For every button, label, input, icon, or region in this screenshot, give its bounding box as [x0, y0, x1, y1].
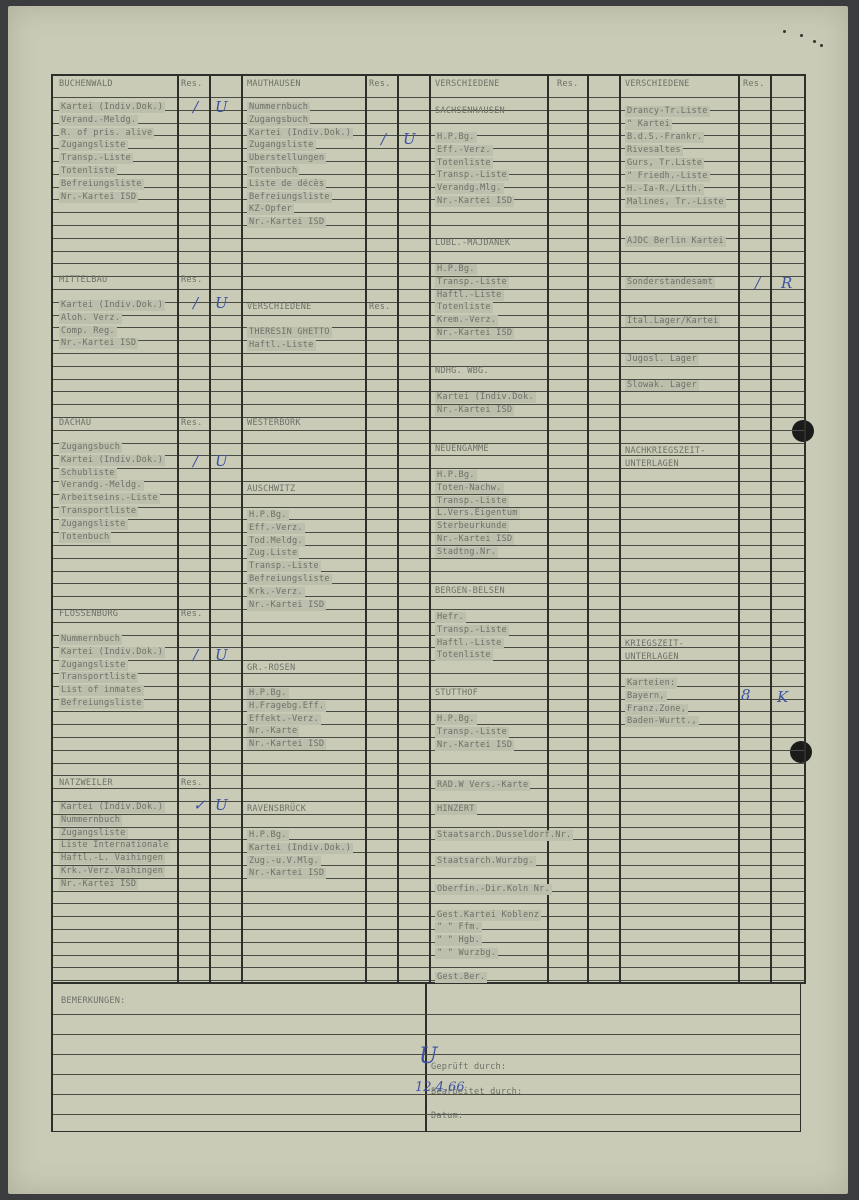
- record-item: Krk.-Verz.Vaihingen: [59, 866, 165, 877]
- record-item: Totenliste: [435, 302, 493, 313]
- speck: [783, 30, 786, 33]
- section-title: MITTELBAU: [59, 275, 107, 285]
- record-item: List of inmates: [59, 685, 144, 696]
- status-mark: R: [781, 274, 792, 292]
- column-line: [547, 76, 549, 982]
- status-mark: U: [215, 452, 228, 470]
- section-title: NATZWEILER: [59, 778, 113, 788]
- section-title: FLOSSENBURG: [59, 609, 118, 619]
- record-item: Nr.-Kartei ISD: [247, 739, 326, 750]
- record-item: Haftl.-Liste: [435, 638, 504, 649]
- status-mark: K: [777, 688, 788, 706]
- record-item: Zugangsliste: [59, 140, 128, 151]
- record-item: Verand.-Meldg.: [59, 115, 138, 126]
- handwritten-date: 12.4.66: [415, 1080, 465, 1095]
- checkmark: /: [193, 98, 198, 116]
- record-item: Zug.-u.V.Mlg.: [247, 856, 321, 867]
- section-title: BERGEN-BELSEN: [435, 586, 505, 596]
- record-item: Nr.-Kartei ISD: [59, 338, 138, 349]
- status-mark: U: [215, 294, 228, 312]
- checkmark: /: [381, 130, 386, 148]
- section-title: WESTERBORK: [247, 418, 301, 428]
- record-item: Totenliste: [435, 650, 493, 661]
- section-title: VERSCHIEDENE: [247, 302, 312, 312]
- column-line: [397, 76, 399, 982]
- record-item: Sterbeurkunde: [435, 521, 509, 532]
- column-line: [587, 76, 589, 982]
- record-item: Nr.-Kartei ISD: [59, 879, 138, 890]
- record-item: Nr.-Kartei ISD: [435, 405, 514, 416]
- record-item: Befreiungsliste: [247, 192, 332, 203]
- record-item: " " Hgb.: [435, 935, 482, 946]
- column-line: [241, 76, 243, 982]
- record-item: H.Fragebg.Eff.: [247, 701, 326, 712]
- record-item: Nr.-Kartei ISD: [435, 740, 514, 751]
- res-header: Res.: [181, 275, 203, 285]
- records-grid: BUCHENWALDRes.Kartei (Indiv.Dok.)Verand.…: [51, 74, 806, 984]
- record-item: Eff.-Verz.: [247, 523, 305, 534]
- speck: [800, 34, 803, 37]
- column-line: [365, 76, 367, 982]
- status-mark: U: [403, 130, 416, 148]
- record-item: Gurs, Tr.Liste: [625, 158, 704, 169]
- record-item: Transp.-Liste: [59, 153, 133, 164]
- record-item: Malines, Tr.-Liste: [625, 197, 726, 208]
- column-line: [209, 76, 211, 982]
- record-item: Kartei (Indiv.Dok.): [59, 300, 165, 311]
- record-item: Transportliste: [59, 506, 138, 517]
- section-title: SACHSENHAUSEN: [435, 106, 505, 116]
- record-item: H.P.Bg.: [247, 510, 289, 521]
- initial-signature: U: [419, 1044, 438, 1069]
- record-item: Nummernbuch: [59, 634, 122, 645]
- column-line: [177, 76, 179, 982]
- record-item: Slowak. Lager: [625, 380, 699, 391]
- record-item: Karteien:: [625, 678, 677, 689]
- status-mark: U: [215, 646, 228, 664]
- record-item: H.P.Bg.: [247, 830, 289, 841]
- record-item: Transp.-Liste: [435, 170, 509, 181]
- record-item: H.P.Bg.: [435, 470, 477, 481]
- record-item: Sonderstandesamt: [625, 277, 715, 288]
- column-line: [429, 76, 431, 982]
- section-title: KRIEGSZEIT-: [625, 639, 684, 649]
- record-item: Staatsarch.Wurzbg.: [435, 856, 536, 867]
- record-item: Transp.-Liste: [435, 625, 509, 636]
- record-item: Verandg.Mlg.: [435, 183, 504, 194]
- record-item: Aloh. Verz.: [59, 313, 122, 324]
- remarks-label: BEMERKUNGEN:: [61, 996, 126, 1006]
- res-header: Res.: [181, 609, 203, 619]
- record-item: Krem.-Verz.: [435, 315, 498, 326]
- speck: [813, 40, 816, 43]
- section-title: RAVENSBRÜCK: [247, 804, 306, 814]
- record-item: Toten-Nachw.: [435, 483, 504, 494]
- record-item: Gest.Kartei Koblenz: [435, 910, 541, 921]
- section-title: NACHKRIEGSZEIT-: [625, 446, 706, 456]
- res-header: Res.: [557, 79, 579, 89]
- record-item: Schubliste: [59, 468, 117, 479]
- column-line: [738, 76, 740, 982]
- record-item: Nr.-Karte: [247, 726, 299, 737]
- record-item: Zugangsbuch: [247, 115, 310, 126]
- checkmark: /: [193, 452, 198, 470]
- record-item: Zugangsliste: [59, 660, 128, 671]
- record-item: Kartei (Indiv.Dok.): [247, 128, 353, 139]
- record-item: Totenliste: [59, 166, 117, 177]
- record-item: THERESIN GHETTO: [247, 327, 332, 338]
- record-item: Gest.Ber.: [435, 972, 487, 983]
- record-item: Totenbuch: [59, 532, 111, 543]
- record-item: Befreiungsliste: [247, 574, 332, 585]
- record-item: Ital.Lager/Kartei: [625, 316, 720, 327]
- record-item: Transp.-Liste: [435, 496, 509, 507]
- record-item: Nr.-Kartei ISD: [59, 192, 138, 203]
- checked-by-label: Geprüft durch:: [431, 1062, 506, 1072]
- record-item: Nr.-Kartei ISD: [247, 868, 326, 879]
- section-title: VERSCHIEDENE: [625, 79, 690, 89]
- record-item: " " Wurzbg.: [435, 948, 498, 959]
- record-item: Zugangsliste: [59, 828, 128, 839]
- record-item: H.P.Bg.: [435, 714, 477, 725]
- record-item: Liste de décès: [247, 179, 326, 190]
- record-item: Arbeitseins.-Liste: [59, 493, 160, 504]
- record-item: Nr.-Kartei ISD: [435, 196, 514, 207]
- record-item: Haftl.-Liste: [247, 340, 316, 351]
- section-title: LUBL.-MAJDANEK: [435, 238, 510, 248]
- record-item: Uberstellungen: [247, 153, 326, 164]
- record-item: Krk.-Verz.: [247, 587, 305, 598]
- record-item: H.P.Bg.: [435, 264, 477, 275]
- record-item: B.d.S.-Frankr.: [625, 132, 704, 143]
- record-item: Nr.-Kartei ISD: [435, 328, 514, 339]
- section-title: NDHG. WBG.: [435, 366, 489, 376]
- record-item: Kartei (Indiv.Dok.): [59, 102, 165, 113]
- record-item: RAD.W Vers.-Karte: [435, 780, 530, 791]
- section-title: GR.-ROSEN: [247, 663, 295, 673]
- section-title: STUTTHOF: [435, 688, 478, 698]
- record-item: Haftl.-L. Vaihingen: [59, 853, 165, 864]
- record-item: Nummernbuch: [247, 102, 310, 113]
- record-item: Liste Internationale: [59, 840, 170, 851]
- checkmark: 8: [741, 686, 751, 704]
- record-item: Zugangsliste: [59, 519, 128, 530]
- record-item: Nr.-Kartei ISD: [247, 217, 326, 228]
- res-header: Res.: [181, 778, 203, 788]
- record-item: Hefr.: [435, 612, 466, 623]
- section-title: UNTERLAGEN: [625, 652, 679, 662]
- section-title: NEUENGAMME: [435, 444, 489, 454]
- record-item: " " Ffm.: [435, 922, 482, 933]
- record-item: Transp.-Liste: [435, 727, 509, 738]
- record-item: Rivesaltes: [625, 145, 683, 156]
- record-item: Eff.-Verz.: [435, 145, 493, 156]
- checkmark: /: [193, 294, 198, 312]
- record-item: Transp.-Liste: [247, 561, 321, 572]
- record-item: Zug.Liste: [247, 548, 299, 559]
- section-title: UNTERLAGEN: [625, 459, 679, 469]
- record-item: Nr.-Kartei ISD: [435, 534, 514, 545]
- status-mark: U: [215, 98, 228, 116]
- record-item: Kartei (Indiv.Dok.): [59, 647, 165, 658]
- record-item: L.Vers.Eigentum: [435, 508, 520, 519]
- record-item: Totenliste: [435, 158, 493, 169]
- record-item: Transp.-Liste: [435, 277, 509, 288]
- speck: [820, 44, 823, 47]
- checkmark: ✓: [193, 796, 206, 814]
- record-item: Kartei (Indiv.Dok.): [247, 843, 353, 854]
- checkmark: /: [755, 274, 760, 292]
- record-item: Befreiungsliste: [59, 698, 144, 709]
- checkmark: /: [193, 646, 198, 664]
- status-mark: U: [215, 796, 228, 814]
- record-item: Befreiungsliste: [59, 179, 144, 190]
- res-header: Res.: [369, 79, 391, 89]
- record-item: H.P.Bg.: [247, 688, 289, 699]
- res-header: Res.: [181, 418, 203, 428]
- footer-section: BEMERKUNGEN: Geprüft durch: Bearbeitet d…: [51, 984, 801, 1132]
- record-item: Bayern,: [625, 691, 667, 702]
- record-item: HINZERT: [435, 804, 477, 815]
- record-item: Totenbuch: [247, 166, 299, 177]
- record-item: Zugangsbuch: [59, 442, 122, 453]
- section-title: DACHAU: [59, 418, 91, 428]
- section-title: MAUTHAUSEN: [247, 79, 301, 89]
- record-item: H.-Ia-R./Lith.: [625, 184, 704, 195]
- record-item: KZ-Opfer: [247, 204, 294, 215]
- record-item: Nr.-Kartei ISD: [247, 600, 326, 611]
- section-title: BUCHENWALD: [59, 79, 113, 89]
- record-item: Tod.Meldg.: [247, 536, 305, 547]
- record-item: " Kartei: [625, 119, 672, 130]
- record-item: Effekt.-Verz.: [247, 714, 321, 725]
- record-item: Oberfin.-Dir.Koln Nr.: [435, 884, 552, 895]
- record-item: Baden-Wurtt.,: [625, 716, 699, 727]
- record-item: " Friedh.-Liste: [625, 171, 710, 182]
- date-label: Datum:: [431, 1111, 463, 1121]
- record-item: Jugosl. Lager: [625, 354, 699, 365]
- record-item: Kartei (Indiv.Dok.): [59, 802, 165, 813]
- record-item: R. of pris. alive: [59, 128, 154, 139]
- record-item: Kartei (Indiv.Dok.: [435, 392, 536, 403]
- record-item: Haftl.-Liste: [435, 290, 504, 301]
- res-header: Res.: [181, 79, 203, 89]
- record-item: Franz.Zone,: [625, 704, 688, 715]
- column-line: [770, 76, 772, 982]
- section-title: VERSCHIEDENE: [435, 79, 500, 89]
- record-item: Comp. Reg.: [59, 326, 117, 337]
- record-item: Verandg.-Meldg.: [59, 480, 144, 491]
- record-item: Transportliste: [59, 672, 138, 683]
- record-item: AJDC Berlin Kartei: [625, 236, 726, 247]
- record-item: Staatsarch.Dusseldorf.Nr.: [435, 830, 573, 841]
- record-item: Nummernbuch: [59, 815, 122, 826]
- record-item: Drancy-Tr.Liste: [625, 106, 710, 117]
- res-header: Res.: [369, 302, 391, 312]
- column-line: [619, 76, 621, 982]
- res-header: Res.: [743, 79, 765, 89]
- record-item: H.P.Bg.: [435, 132, 477, 143]
- section-title: AUSCHWITZ: [247, 484, 295, 494]
- record-item: Zugangsliste: [247, 140, 316, 151]
- record-item: Stadtng.Nr.: [435, 547, 498, 558]
- record-item: Kartei (Indiv.Dok.): [59, 455, 165, 466]
